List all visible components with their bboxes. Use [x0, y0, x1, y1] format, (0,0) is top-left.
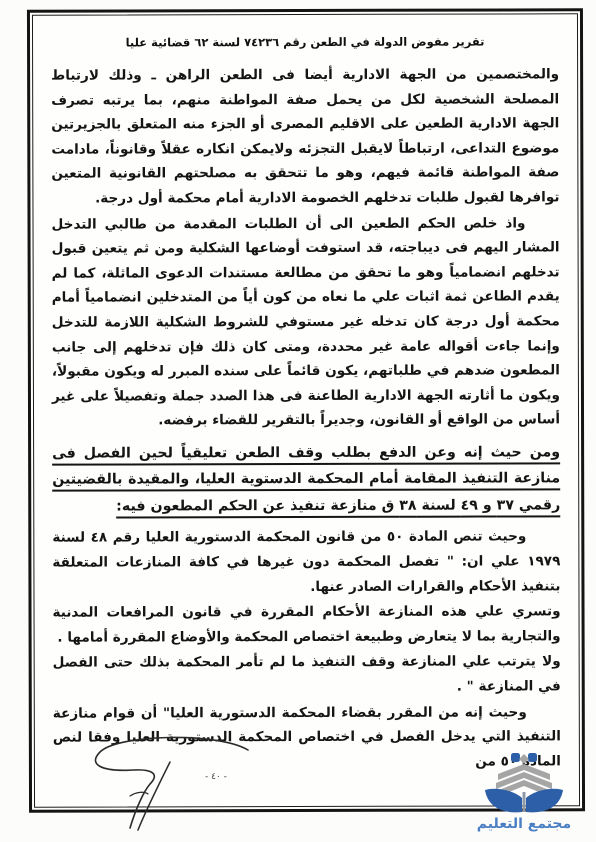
paragraph-5: ولا يترتب علي المنازعة وقف التنفيذ ما لم… — [53, 650, 561, 701]
document-border: تقرير مفوض الدولة في الطعن رقم ٧٤٢٣٦ لسن… — [27, 8, 585, 812]
section-heading: ومن حيث إنه وعن الدفع بطلب وقف الطعن تعل… — [52, 439, 560, 520]
document-inner-border: تقرير مفوض الدولة في الطعن رقم ٧٤٢٣٦ لسن… — [32, 13, 580, 807]
paragraph-4: وتسري علي هذه المنازعة الأحكام المقررة ف… — [52, 600, 560, 651]
scanned-page: تقرير مفوض الدولة في الطعن رقم ٧٤٢٣٦ لسن… — [0, 0, 596, 842]
paragraph-3: وحيث تنص المادة ٥٠ من قانون المحكمة الدس… — [52, 525, 560, 600]
document-body: والمختصمين من الجهة الادارية أيضا فى الط… — [47, 62, 565, 775]
page-number: - ٤٠ - — [205, 772, 227, 782]
paragraph-1: والمختصمين من الجهة الادارية أيضا فى الط… — [51, 62, 559, 211]
paragraph-2: واذ خلص الحكم الطعين الى أن الطلبات المق… — [51, 211, 560, 434]
watermark-logo: مجتمع التعليم — [474, 752, 574, 832]
open-book-icon — [482, 752, 566, 814]
watermark-label: مجتمع التعليم — [474, 816, 574, 832]
document-title: تقرير مفوض الدولة في الطعن رقم ٧٤٢٣٦ لسن… — [47, 34, 563, 49]
